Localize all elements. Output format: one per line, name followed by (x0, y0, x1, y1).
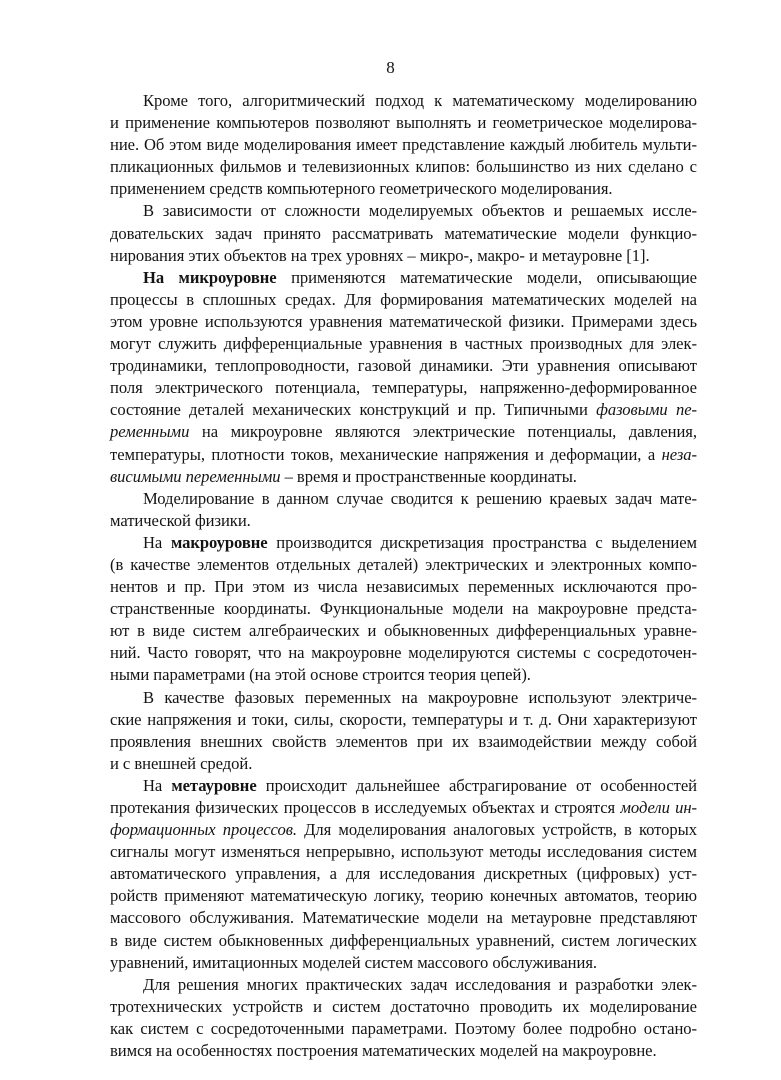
text-line: тродинамики, теплопроводности, газовой д… (110, 355, 697, 377)
text-run: этом уровне используются уравнения матем… (110, 312, 697, 331)
text-run: нентов и пр. При этом из числа независим… (110, 577, 697, 596)
text-line: применением средств компьютерного геомет… (110, 178, 697, 200)
text-run: применением средств компьютерного геомет… (110, 179, 613, 198)
text-line: в виде систем обыкновенных дифференциаль… (110, 930, 697, 952)
text-line: В зависимости от сложности моделируемых … (110, 200, 697, 222)
paragraph-p7: На метауровне происходит дальнейшее абст… (110, 775, 697, 974)
text-run: сигналы могут изменяться непрерывно, исп… (110, 842, 697, 861)
text-line: Кроме того, алгоритмический подход к мат… (110, 90, 697, 112)
text-run: пликационных фильмов и телевизионных кли… (110, 157, 697, 176)
text-run: Для моделирования аналоговых устройств, … (297, 820, 697, 839)
text-run: В зависимости от сложности моделируемых … (143, 201, 697, 220)
body-text: Кроме того, алгоритмический подход к мат… (110, 90, 697, 1062)
text-line: автоматического управления, а для исслед… (110, 863, 697, 885)
text-line: На метауровне происходит дальнейшее абст… (110, 775, 697, 797)
document-page: 8 Кроме того, алгоритмический подход к м… (0, 0, 781, 1080)
text-run: странственные координаты. Функциональные… (110, 599, 697, 618)
text-run: довательских задач принято рассматривать… (110, 224, 697, 243)
text-run: (в качестве элементов отдельных деталей)… (110, 555, 697, 574)
text-line: и с внешней средой. (110, 753, 697, 775)
text-run: В качестве фазовых переменных на макроур… (143, 688, 697, 707)
text-run: матической физики. (110, 511, 251, 530)
italic-term: неза- (662, 445, 697, 464)
text-run: ние. Об этом виде моделирования имеет пр… (110, 135, 697, 154)
text-line: ременными на микроуровне являются электр… (110, 421, 697, 443)
text-run: в виде систем обыкновенных дифференциаль… (110, 931, 697, 950)
text-run: вимся на особенностях построения математ… (110, 1041, 657, 1060)
paragraph-p1: Кроме того, алгоритмический подход к мат… (110, 90, 697, 200)
italic-term: модели ин- (620, 798, 697, 817)
text-run: поля электрического потенциала, температ… (110, 378, 697, 397)
text-line: ские напряжения и токи, силы, скорости, … (110, 709, 697, 731)
text-line: как систем с сосредоточенными параметрам… (110, 1018, 697, 1040)
italic-term: ременными (110, 422, 189, 441)
text-line: нирования этих объектов на трех уровнях … (110, 245, 697, 267)
text-line: В качестве фазовых переменных на макроур… (110, 687, 697, 709)
text-run: Моделирование в данном случае сводится к… (143, 489, 697, 508)
text-run: процессы в сплошных средах. Для формиров… (110, 290, 697, 309)
text-run: На (143, 533, 171, 552)
text-line: протекания физических процессов в исслед… (110, 797, 697, 819)
text-run: протекания физических процессов в исслед… (110, 798, 620, 817)
text-line: формационных процессов. Для моделировани… (110, 819, 697, 841)
text-run: состояние деталей механических конструкц… (110, 400, 596, 419)
text-run: ройств применяют математическую логику, … (110, 886, 697, 905)
text-run: тродинамики, теплопроводности, газовой д… (110, 356, 697, 375)
text-line: поля электрического потенциала, температ… (110, 377, 697, 399)
text-run: и применение компьютеров позволяют выпол… (110, 113, 697, 132)
text-run: автоматического управления, а для исслед… (110, 864, 697, 883)
text-line: Моделирование в данном случае сводится к… (110, 488, 697, 510)
text-line: странственные координаты. Функциональные… (110, 598, 697, 620)
text-line: пликационных фильмов и телевизионных кли… (110, 156, 697, 178)
text-run: проявления внешних свойств элементов при… (110, 732, 697, 751)
text-run: – время и пространственные координаты. (280, 467, 576, 486)
text-line: довательских задач принято рассматривать… (110, 223, 697, 245)
text-line: вимся на особенностях построения математ… (110, 1040, 697, 1062)
bold-term: макроуровне (171, 533, 268, 552)
bold-term: метауровне (171, 776, 256, 795)
text-line: процессы в сплошных средах. Для формиров… (110, 289, 697, 311)
text-run: На (143, 776, 171, 795)
text-line: матической физики. (110, 510, 697, 532)
text-run: происходит дальнейшее абстрагирование от… (257, 776, 697, 795)
text-run: и с внешней средой. (110, 754, 252, 773)
page-number: 8 (0, 58, 781, 78)
text-line: ют в виде систем алгебраических и обыкно… (110, 620, 697, 642)
text-run: как систем с сосредоточенными параметрам… (110, 1019, 697, 1038)
text-line: сигналы могут изменяться непрерывно, исп… (110, 841, 697, 863)
text-run: могут служить дифференциальные уравнения… (110, 334, 697, 353)
text-line: ние. Об этом виде моделирования имеет пр… (110, 134, 697, 156)
paragraph-p3: На микроуровне применяются математически… (110, 267, 697, 488)
text-line: висимыми переменными – время и пространс… (110, 466, 697, 488)
paragraph-p8: Для решения многих практических задач ис… (110, 974, 697, 1062)
paragraph-p5: На макроуровне производится дискретизаци… (110, 532, 697, 687)
text-line: тротехнических устройств и систем достат… (110, 996, 697, 1018)
text-line: проявления внешних свойств элементов при… (110, 731, 697, 753)
text-line: ройств применяют математическую логику, … (110, 885, 697, 907)
italic-term: фазовыми пе- (596, 400, 697, 419)
text-line: ний. Часто говорят, что на макроуровне м… (110, 642, 697, 664)
text-line: На макроуровне производится дискретизаци… (110, 532, 697, 554)
text-run: производится дискретизация пространства … (268, 533, 697, 552)
text-line: и применение компьютеров позволяют выпол… (110, 112, 697, 134)
text-line: могут служить дифференциальные уравнения… (110, 333, 697, 355)
text-run: массового обслуживания. Математические м… (110, 908, 697, 927)
text-run: Кроме того, алгоритмический подход к мат… (143, 91, 697, 110)
text-run: уравнений, имитационных моделей систем м… (110, 953, 597, 972)
paragraph-p6: В качестве фазовых переменных на макроур… (110, 687, 697, 775)
text-line: температуры, плотности токов, механическ… (110, 444, 697, 466)
text-run: ний. Часто говорят, что на макроуровне м… (110, 643, 697, 662)
text-line: нентов и пр. При этом из числа независим… (110, 576, 697, 598)
text-run: нирования этих объектов на трех уровнях … (110, 246, 650, 265)
italic-term: формационных процессов. (110, 820, 297, 839)
text-line: ными параметрами (на этой основе строитс… (110, 664, 697, 686)
text-line: Для решения многих практических задач ис… (110, 974, 697, 996)
bold-term: На микроуровне (143, 268, 277, 287)
text-run: ские напряжения и токи, силы, скорости, … (110, 710, 697, 729)
text-run: на микроуровне являются электрические по… (189, 422, 697, 441)
text-run: Для решения многих практических задач ис… (143, 975, 697, 994)
text-line: На микроуровне применяются математически… (110, 267, 697, 289)
italic-term: висимыми переменными (110, 467, 280, 486)
text-run: применяются математические модели, описы… (277, 268, 697, 287)
paragraph-p4: Моделирование в данном случае сводится к… (110, 488, 697, 532)
text-line: массового обслуживания. Математические м… (110, 907, 697, 929)
text-line: (в качестве элементов отдельных деталей)… (110, 554, 697, 576)
text-run: ными параметрами (на этой основе строитс… (110, 665, 531, 684)
text-line: состояние деталей механических конструкц… (110, 399, 697, 421)
paragraph-p2: В зависимости от сложности моделируемых … (110, 200, 697, 266)
text-run: тротехнических устройств и систем достат… (110, 997, 697, 1016)
text-run: температуры, плотности токов, механическ… (110, 445, 662, 464)
text-line: этом уровне используются уравнения матем… (110, 311, 697, 333)
text-run: ют в виде систем алгебраических и обыкно… (110, 621, 697, 640)
text-line: уравнений, имитационных моделей систем м… (110, 952, 697, 974)
